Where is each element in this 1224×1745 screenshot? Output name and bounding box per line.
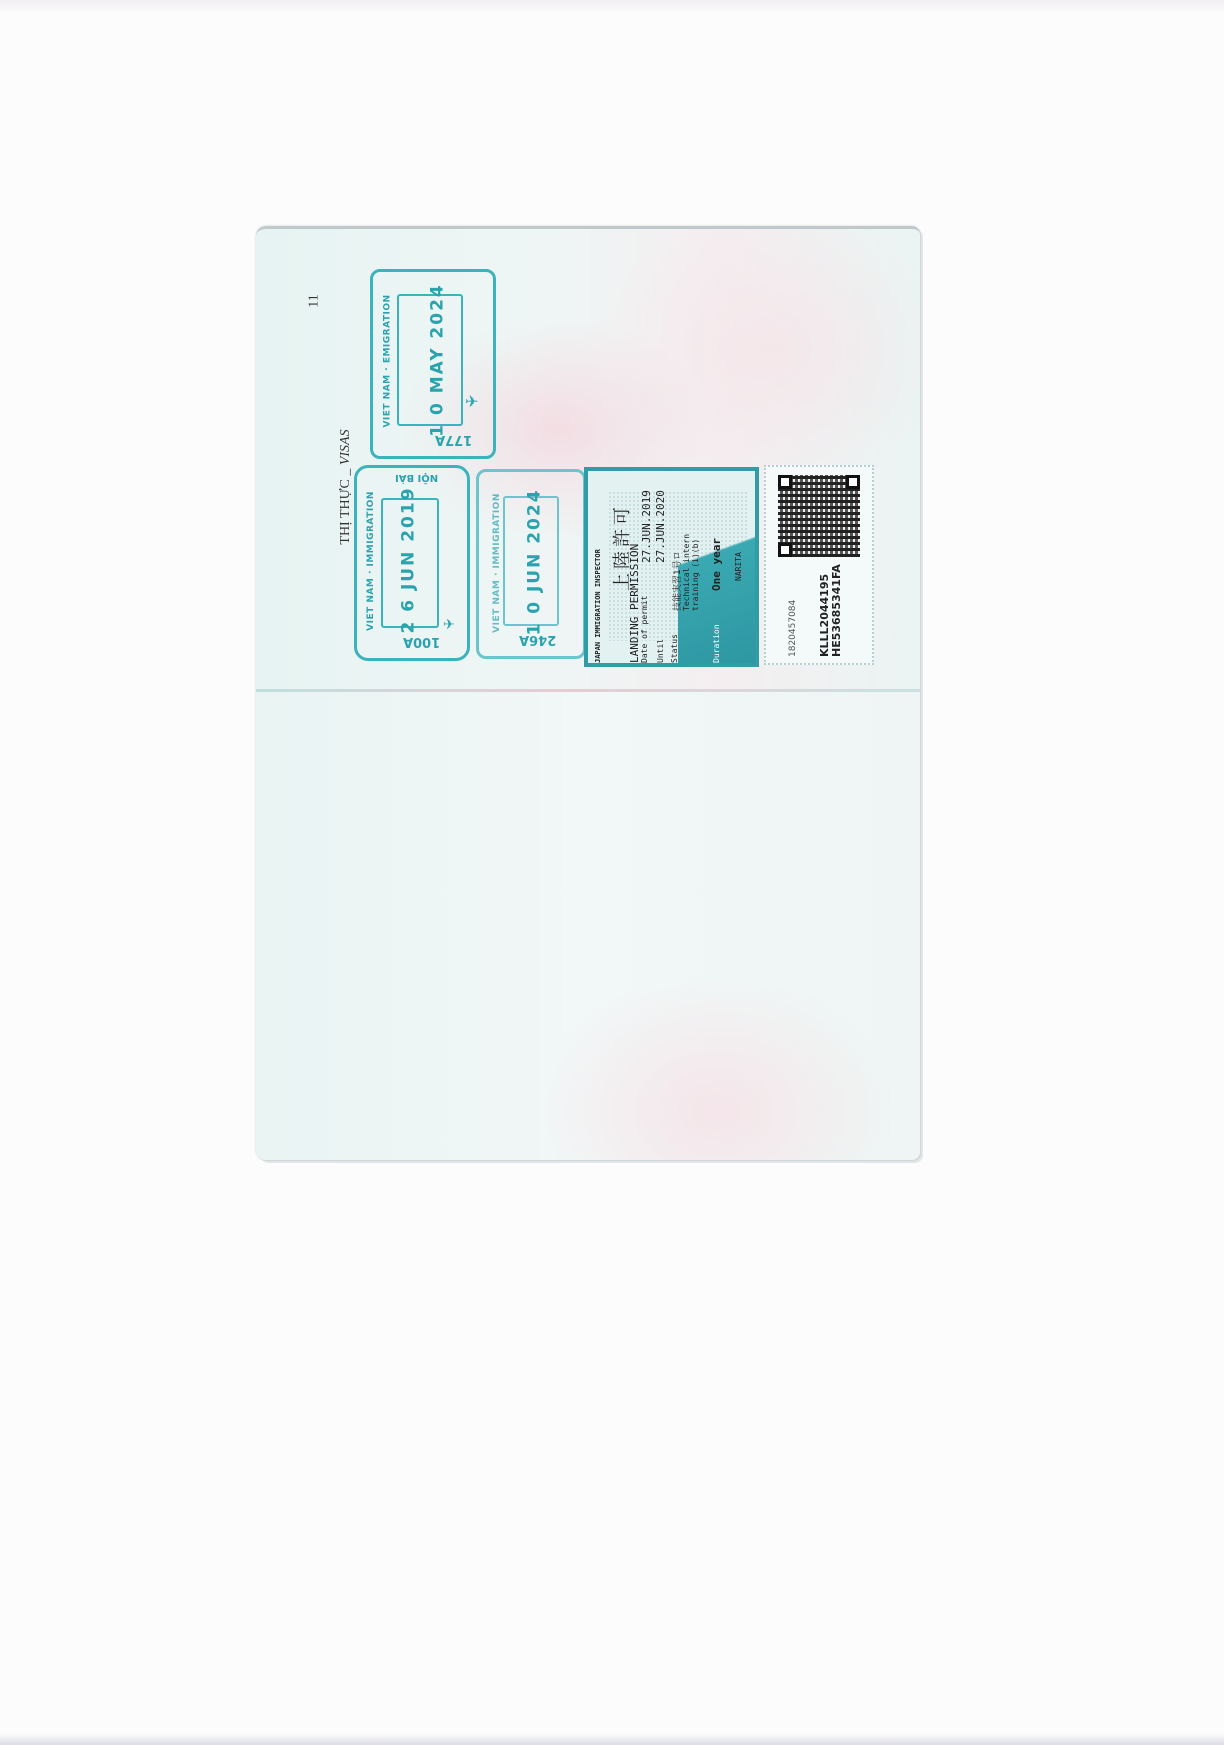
japan-visa-page: JAPAN VISA 日本国査証 EC0984704 Place of issu…: [256, 692, 920, 1160]
entry-stamp-jun-2019: VIET NAM · IMMIGRATION 2 6 JUN 2019 NỘI …: [354, 465, 470, 661]
passport-booklet: 11 THỊ THỰC _ VISAS VIET NAM · EMIGRATIO…: [256, 226, 920, 1160]
visa-page: 11 THỊ THỰC _ VISAS VIET NAM · EMIGRATIO…: [256, 226, 920, 693]
inspector-label: JAPAN IMMIGRATION INSPECTOR: [594, 549, 602, 663]
sticker-code-2: HE53685341FA: [830, 564, 843, 657]
date-of-permit-value: 27.JUN.2019: [640, 490, 653, 563]
stamp-issuer: VIET NAM · IMMIGRATION: [366, 491, 376, 631]
landing-permission-sticker: JAPAN IMMIGRATION INSPECTOR 上陸許可 LANDING…: [584, 467, 759, 667]
heading-separator: _: [338, 465, 353, 479]
until-value: 27.JUN.2020: [654, 490, 667, 563]
stamp-issuer: VIET NAM · EMIGRATION: [383, 294, 393, 427]
scan-top-edge: [0, 0, 1224, 14]
stamp-date: 2 6 JUN 2019: [399, 486, 419, 633]
stamp-post: NỘI BÀI: [395, 472, 438, 483]
stamp-date: 1 0 MAY 2024: [428, 283, 448, 436]
duration-label: Duration: [712, 624, 721, 663]
stamp-date: 1 0 JUN 2024: [525, 488, 545, 635]
entry-stamp-jun-2024: VIET NAM · IMMIGRATION 1 0 JUN 2024 246A: [476, 469, 586, 659]
status-label: Status: [670, 634, 679, 663]
until-label: Until: [656, 639, 665, 663]
duration-value: One year: [710, 538, 723, 591]
port-of-entry: NARITA: [734, 552, 743, 581]
stamp-code: 177A: [435, 432, 472, 447]
airplane-icon: ✈: [465, 392, 478, 412]
stamp-code: 246A: [519, 632, 556, 647]
sticker-serial: 1820457084: [788, 600, 798, 657]
airplane-icon: ✈: [443, 616, 455, 633]
qr-code-icon: [778, 475, 860, 557]
visa-page-heading: THỊ THỰC _ VISAS: [338, 387, 354, 587]
stamp-code: 100A: [403, 634, 440, 649]
exit-stamp-may-2024: VIET NAM · EMIGRATION 1 0 MAY 2024 177A …: [370, 269, 496, 459]
qr-sticker: 1820457084 KLLL2044195 HE53685341FA: [764, 465, 874, 665]
heading-vi: THỊ THỰC: [338, 479, 353, 544]
heading-en: VISAS: [338, 429, 353, 465]
date-of-permit-label: Date of permit: [640, 596, 649, 663]
status-value-en: Technical intern training (i)(b): [682, 531, 700, 611]
stamp-issuer: VIET NAM · IMMIGRATION: [492, 493, 502, 633]
scan-bottom-edge: [0, 1733, 1224, 1745]
page-number: 11: [307, 294, 323, 307]
